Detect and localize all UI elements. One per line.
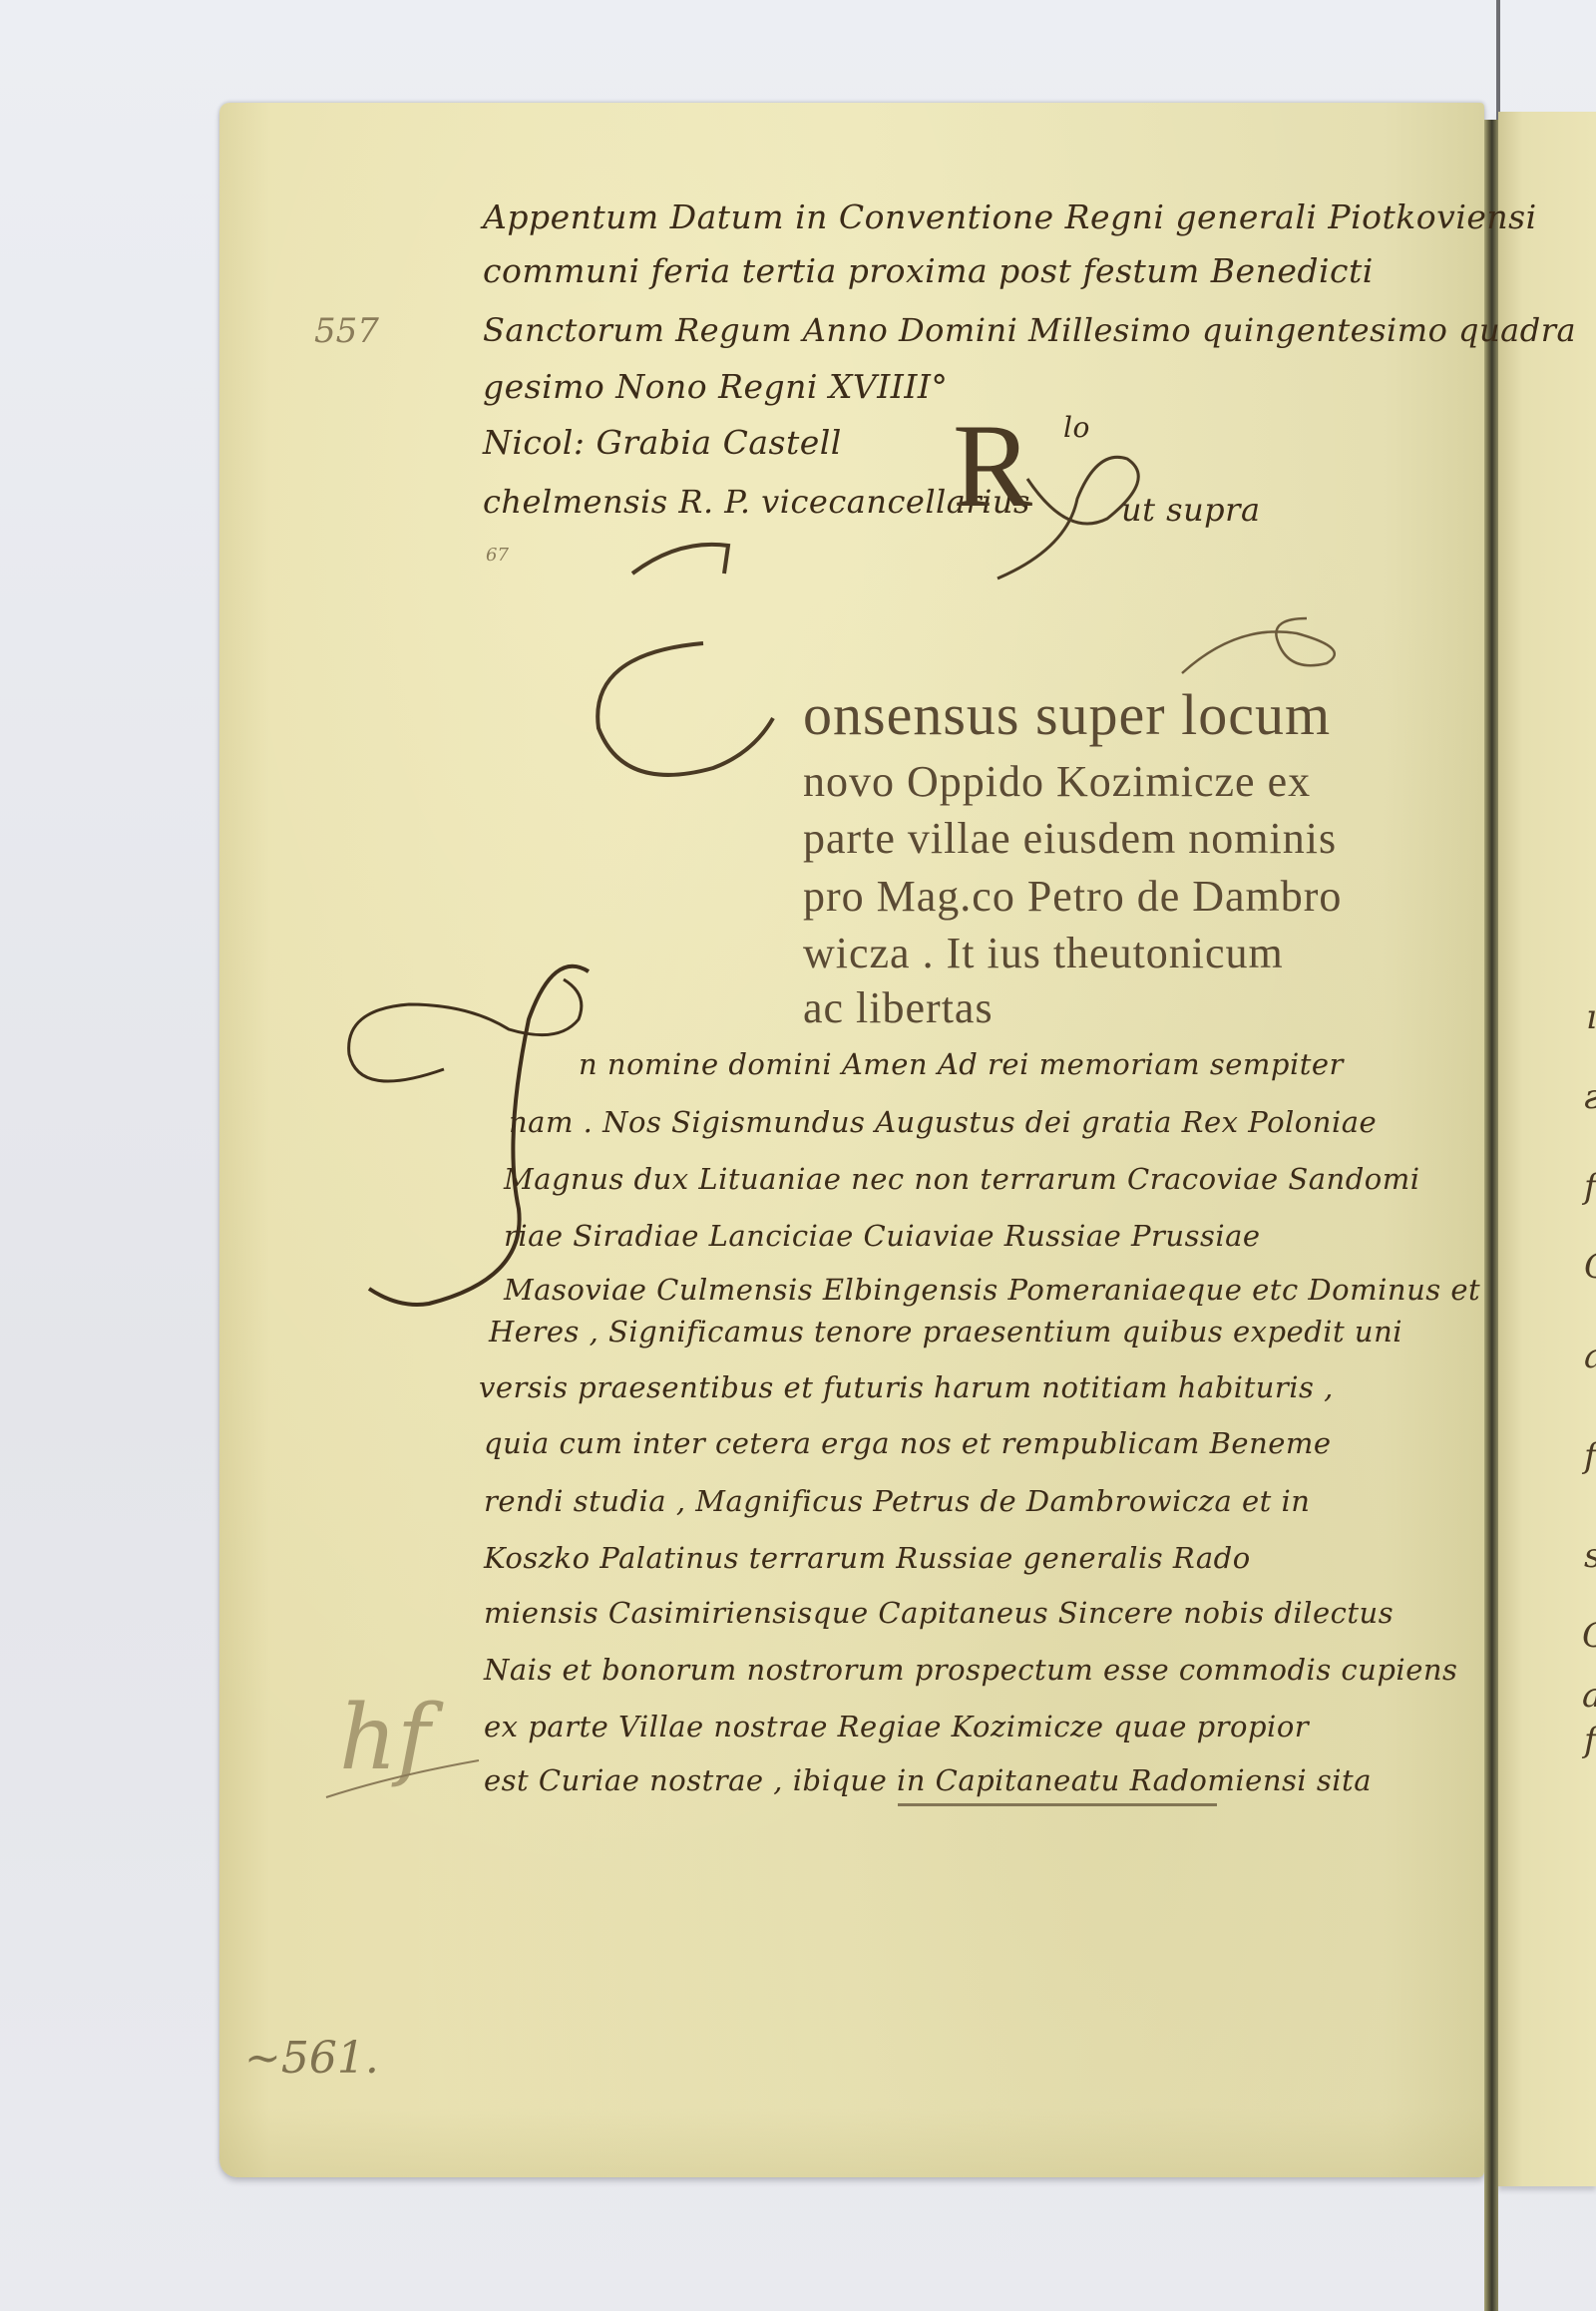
fragment: C [1582,1616,1596,1656]
binding-clip [1496,0,1500,125]
title-line: parte villae eiusdem nominis [803,813,1337,864]
folio-number-top: 557 [314,311,379,351]
body-line: Koszko Palatinus terrarum Russiae genera… [484,1541,1251,1575]
body-line: miensis Casimiriensisque Capitaneus Sinc… [484,1596,1394,1630]
body-line: quia cum inter cetera erga nos et rempub… [484,1426,1332,1460]
header-line: Sanctorum Regum Anno Domini Millesimo qu… [483,311,1576,349]
hook-flourish [628,534,748,583]
fragment: f [1584,1436,1596,1476]
fragment: a [1584,1337,1596,1376]
signatory-line: Nicol: Grabia Castell [483,423,842,462]
body-line: Magnus dux Lituaniae nec non terrarum Cr… [504,1162,1420,1196]
signatory-line: chelmensis R. P. vicecancellarius [483,483,1030,521]
header-line: Appentum Datum in Conventione Regni gene… [483,197,1537,236]
margin-note-small: 67 [486,545,509,566]
body-line: nam . Nos Sigismundus Augustus dei grati… [509,1105,1377,1139]
title-line: pro Mag.co Petro de Dambro [803,871,1342,922]
body-line: riae Siradiae Lanciciae Cuiaviae Russiae… [504,1219,1261,1253]
fragment: s [1584,1536,1596,1576]
body-line: est Curiae nostrae , ibique in Capitanea… [484,1763,1372,1797]
header-line: communi feria tertia proxima post festum… [483,251,1374,290]
decorative-initial-c [584,638,823,798]
monogram-flourish [958,409,1157,588]
fragment: a [1582,1676,1596,1716]
folio-number-bottom: ~561. [244,2033,379,2084]
underline-stroke [898,1803,1217,1806]
book-gutter [1484,120,1498,2311]
title-line: wicza . It ius theutonicum [803,928,1284,978]
fragment: C [1584,1247,1596,1287]
body-line: rendi studia , Magnificus Petrus de Damb… [484,1484,1310,1518]
fragment: f [1584,1167,1596,1207]
fragment: ƨ [1584,1077,1596,1117]
body-line: Nais et bonorum nostrorum prospectum ess… [484,1653,1457,1687]
fragment: f [1584,1721,1596,1760]
body-line: ex parte Villae nostrae Regiae Kozimicze… [484,1710,1309,1743]
decorative-initial-i [329,960,589,1319]
title-line: novo Oppido Kozimicze ex [803,756,1311,807]
title-line: ac libertas [803,982,994,1033]
body-line: Heres , Significamus tenore praesentium … [489,1315,1402,1348]
fragment: ı [1586,997,1596,1037]
marginal-strike [324,1755,484,1815]
body-line: versis praesentibus et futuris harum not… [479,1370,1334,1404]
right-folio-page-edge [1498,112,1596,2186]
header-line: gesimo Nono Regni XVIIII° [483,367,948,406]
title-line: onsensus super locum [803,681,1331,748]
body-line: Masoviae Culmensis Elbingensis Pomerania… [504,1273,1480,1307]
body-line: n nomine domini Amen Ad rei memoriam sem… [579,1047,1344,1081]
